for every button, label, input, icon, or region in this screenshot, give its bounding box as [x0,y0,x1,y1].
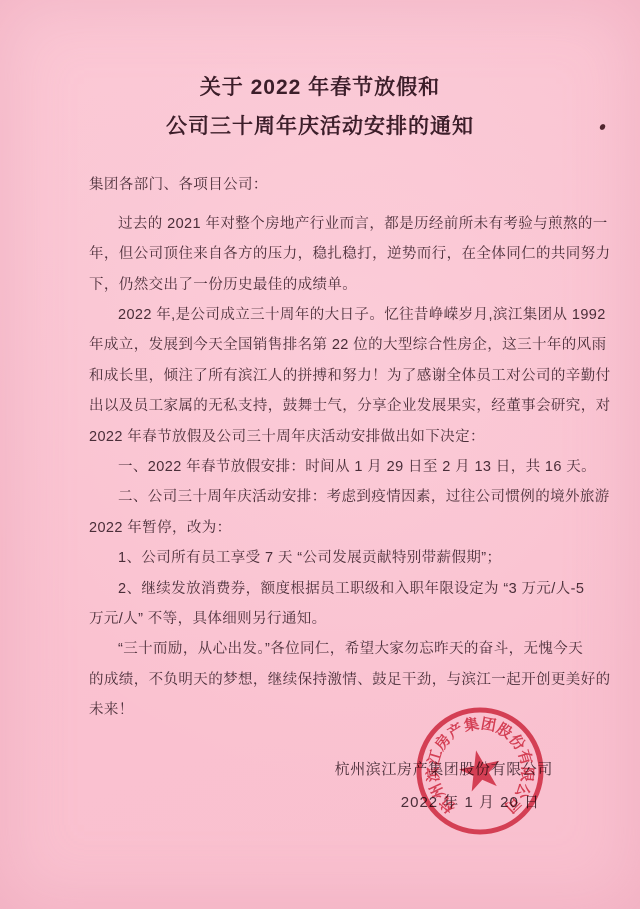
text-line: 年成立，发展到今天全国销售排名第 22 位的大型综合性房企，这三十年的风雨 [89,330,555,360]
text-line: 2、继续发放消费券，额度根据员工职级和入职年限设定为 “3 万元/人-5 [89,574,555,604]
seal-text-char: 限 [517,766,536,782]
text-line: 和成长里，倾注了所有滨江人的拼搏和努力！为了感谢全体员工对公司的辛勤付 [89,361,555,391]
text-line: 年，但公司顶住来自各方的压力，稳扎稳打，逆势而行，在全体同仁的共同努力 [89,239,555,269]
title-line-2: 公司三十周年庆活动安排的通知 [0,107,640,146]
text-line: 2022 年,是公司成立三十周年的大日子。忆往昔峥嵘岁月,滨江集团从 1992 [89,300,555,330]
document-body: 集团各部门、各项目公司：过去的 2021 年对整个房地产行业而言，都是历经前所未… [89,170,555,726]
text-line: 1、公司所有员工享受 7 天 “公司发展贡献特别带薪假期”； [89,543,555,573]
text-line: 2022 年春节放假及公司三十周年庆活动安排做出如下决定： [89,422,555,452]
seal-text-char: 滨 [424,766,443,783]
title-line-1: 关于 2022 年春节放假和 [0,68,640,107]
text-line: 一、2022 年春节放假安排：时间从 1 月 29 日至 2 月 13 日，共 … [89,452,555,482]
text-line: 过去的 2021 年对整个房地产行业而言，都是历经前所未有考验与煎熬的一 [89,209,555,239]
text-line: 下，仍然交出了一份历史最佳的成绩单。 [89,270,555,300]
text-line: “三十而励，从心出发。”各位同仁，希望大家勿忘昨天的奋斗，无愧今天 [89,634,555,664]
text-line: 万元/人” 不等，具体细则另行通知。 [89,604,555,634]
text-line: 的成绩，不负明天的梦想，继续保持激情、鼓足干劲，与滨江一起开创更美好的 [89,665,555,695]
text-line: 集团各部门、各项目公司： [89,170,555,200]
text-line: 出以及员工家属的无私支持，鼓舞士气，分享企业发展果实，经董事会研究，对 [89,391,555,421]
page-title: 关于 2022 年春节放假和 公司三十周年庆活动安排的通知 [0,68,640,146]
seal-text-char: 集 [462,715,480,735]
text-line: 二、公司三十周年庆活动安排：考虑到疫情因素，过往公司惯例的境外旅游 [89,482,555,512]
text-line: 2022 年暂停，改为： [89,513,555,543]
seal-star-icon: ★ [450,737,510,806]
company-seal: ★ 杭州滨江房产集团股份有限公司 [405,696,555,846]
